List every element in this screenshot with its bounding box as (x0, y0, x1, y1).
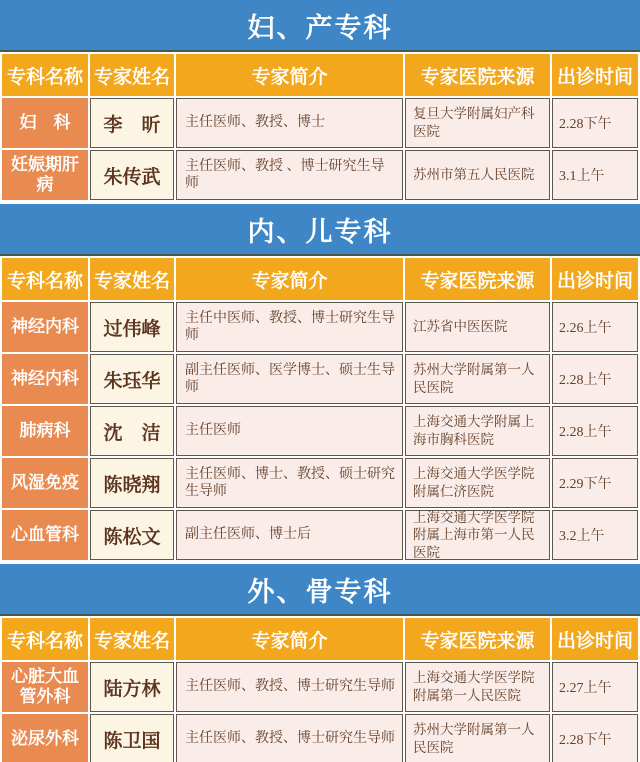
section-table: 专科名称 专家姓名 专家简介 专家医院来源 出诊时间 神经内科 过伟峰 主任中医… (2, 258, 638, 560)
column-header-visit-time: 出诊时间 (552, 258, 638, 300)
table-row: 心脏大血管外科 陆方林 主任医师、教授、博士研究生导师 上海交通大学医学院附属第… (2, 662, 638, 712)
table-header-row: 专科名称 专家姓名 专家简介 专家医院来源 出诊时间 (2, 258, 638, 300)
intro-cell: 副主任医师、医学博士、硕士生导师 (176, 354, 403, 404)
hospital-cell: 上海交通大学医学院附属仁济医院 (405, 458, 550, 508)
specialty-cell: 泌尿外科 (2, 714, 88, 762)
hospital-cell: 苏州大学附属第一人民医院 (405, 354, 550, 404)
section-table: 专科名称 专家姓名 专家简介 专家医院来源 出诊时间 心脏大血管外科 陆方林 主… (2, 618, 638, 762)
expert-name-cell: 朱传武 (90, 150, 174, 200)
hospital-cell: 上海交通大学医学院附属上海市第一人民医院 (405, 510, 550, 560)
intro-cell: 主任中医师、教授、博士研究生导师 (176, 302, 403, 352)
table-header-row: 专科名称 专家姓名 专家简介 专家医院来源 出诊时间 (2, 54, 638, 96)
table-row: 泌尿外科 陈卫国 主任医师、教授、博士研究生导师 苏州大学附属第一人民医院 2.… (2, 714, 638, 762)
expert-name-cell: 陈松文 (90, 510, 174, 560)
column-header-specialty: 专科名称 (2, 258, 88, 300)
time-cell: 3.1上午 (552, 150, 638, 200)
time-cell: 2.28上午 (552, 406, 638, 456)
section-surgery-orthopedics: 外、骨专科 专科名称 专家姓名 专家简介 专家医院来源 出诊时间 心脏大血管外科… (0, 564, 640, 762)
intro-cell: 主任医师、教授 、博士研究生导师 (176, 150, 403, 200)
column-header-expert-intro: 专家简介 (176, 258, 403, 300)
section-obstetrics-gynecology: 妇、产专科 专科名称 专家姓名 专家简介 专家医院来源 出诊时间 妇 科 李 昕… (0, 0, 640, 200)
intro-cell: 主任医师、教授、博士 (176, 98, 403, 148)
column-header-visit-time: 出诊时间 (552, 618, 638, 660)
table-row: 心血管科 陈松文 副主任医师、博士后 上海交通大学医学院附属上海市第一人民医院 … (2, 510, 638, 560)
table-header-row: 专科名称 专家姓名 专家简介 专家医院来源 出诊时间 (2, 618, 638, 660)
hospital-cell: 复旦大学附属妇产科医院 (405, 98, 550, 148)
hospital-cell: 上海交通大学医学院附属第一人民医院 (405, 662, 550, 712)
table-row: 妊娠期肝病 朱传武 主任医师、教授 、博士研究生导师 苏州市第五人民医院 3.1… (2, 150, 638, 200)
expert-name-cell: 沈 洁 (90, 406, 174, 456)
specialist-schedule-page: 妇、产专科 专科名称 专家姓名 专家简介 专家医院来源 出诊时间 妇 科 李 昕… (0, 0, 640, 762)
intro-cell: 主任医师、博士、教授、硕士研究生导师 (176, 458, 403, 508)
column-header-expert-name: 专家姓名 (90, 54, 174, 96)
section-internal-pediatrics: 内、儿专科 专科名称 专家姓名 专家简介 专家医院来源 出诊时间 神经内科 过伟… (0, 204, 640, 560)
section-table: 专科名称 专家姓名 专家简介 专家医院来源 出诊时间 妇 科 李 昕 主任医师、… (2, 54, 638, 200)
time-cell: 2.29下午 (552, 458, 638, 508)
expert-name-cell: 过伟峰 (90, 302, 174, 352)
specialty-cell: 肺病科 (2, 406, 88, 456)
time-cell: 2.28上午 (552, 354, 638, 404)
specialty-cell: 神经内科 (2, 354, 88, 404)
column-header-expert-intro: 专家简介 (176, 54, 403, 96)
specialty-cell: 妊娠期肝病 (2, 150, 88, 200)
hospital-cell: 苏州市第五人民医院 (405, 150, 550, 200)
specialty-cell: 心脏大血管外科 (2, 662, 88, 712)
hospital-cell: 上海交通大学附属上海市胸科医院 (405, 406, 550, 456)
intro-cell: 主任医师 (176, 406, 403, 456)
intro-cell: 主任医师、教授、博士研究生导师 (176, 662, 403, 712)
column-header-specialty: 专科名称 (2, 54, 88, 96)
expert-name-cell: 陈晓翔 (90, 458, 174, 508)
specialty-cell: 风湿免疫 (2, 458, 88, 508)
column-header-specialty: 专科名称 (2, 618, 88, 660)
table-row: 肺病科 沈 洁 主任医师 上海交通大学附属上海市胸科医院 2.28上午 (2, 406, 638, 456)
column-header-hospital: 专家医院来源 (405, 618, 550, 660)
time-cell: 3.2上午 (552, 510, 638, 560)
intro-cell: 主任医师、教授、博士研究生导师 (176, 714, 403, 762)
expert-name-cell: 陈卫国 (90, 714, 174, 762)
column-header-expert-name: 专家姓名 (90, 618, 174, 660)
time-cell: 2.28下午 (552, 714, 638, 762)
section-title: 外、骨专科 (0, 564, 640, 616)
table-row: 风湿免疫 陈晓翔 主任医师、博士、教授、硕士研究生导师 上海交通大学医学院附属仁… (2, 458, 638, 508)
expert-name-cell: 李 昕 (90, 98, 174, 148)
expert-name-cell: 朱珏华 (90, 354, 174, 404)
column-header-hospital: 专家医院来源 (405, 258, 550, 300)
time-cell: 2.28下午 (552, 98, 638, 148)
time-cell: 2.26上午 (552, 302, 638, 352)
table-row: 妇 科 李 昕 主任医师、教授、博士 复旦大学附属妇产科医院 2.28下午 (2, 98, 638, 148)
specialty-cell: 妇 科 (2, 98, 88, 148)
column-header-expert-intro: 专家简介 (176, 618, 403, 660)
intro-cell: 副主任医师、博士后 (176, 510, 403, 560)
section-title: 内、儿专科 (0, 204, 640, 256)
hospital-cell: 苏州大学附属第一人民医院 (405, 714, 550, 762)
table-row: 神经内科 过伟峰 主任中医师、教授、博士研究生导师 江苏省中医医院 2.26上午 (2, 302, 638, 352)
specialty-cell: 心血管科 (2, 510, 88, 560)
section-title: 妇、产专科 (0, 0, 640, 52)
time-cell: 2.27上午 (552, 662, 638, 712)
table-row: 神经内科 朱珏华 副主任医师、医学博士、硕士生导师 苏州大学附属第一人民医院 2… (2, 354, 638, 404)
hospital-cell: 江苏省中医医院 (405, 302, 550, 352)
specialty-cell: 神经内科 (2, 302, 88, 352)
column-header-hospital: 专家医院来源 (405, 54, 550, 96)
column-header-visit-time: 出诊时间 (552, 54, 638, 96)
expert-name-cell: 陆方林 (90, 662, 174, 712)
column-header-expert-name: 专家姓名 (90, 258, 174, 300)
